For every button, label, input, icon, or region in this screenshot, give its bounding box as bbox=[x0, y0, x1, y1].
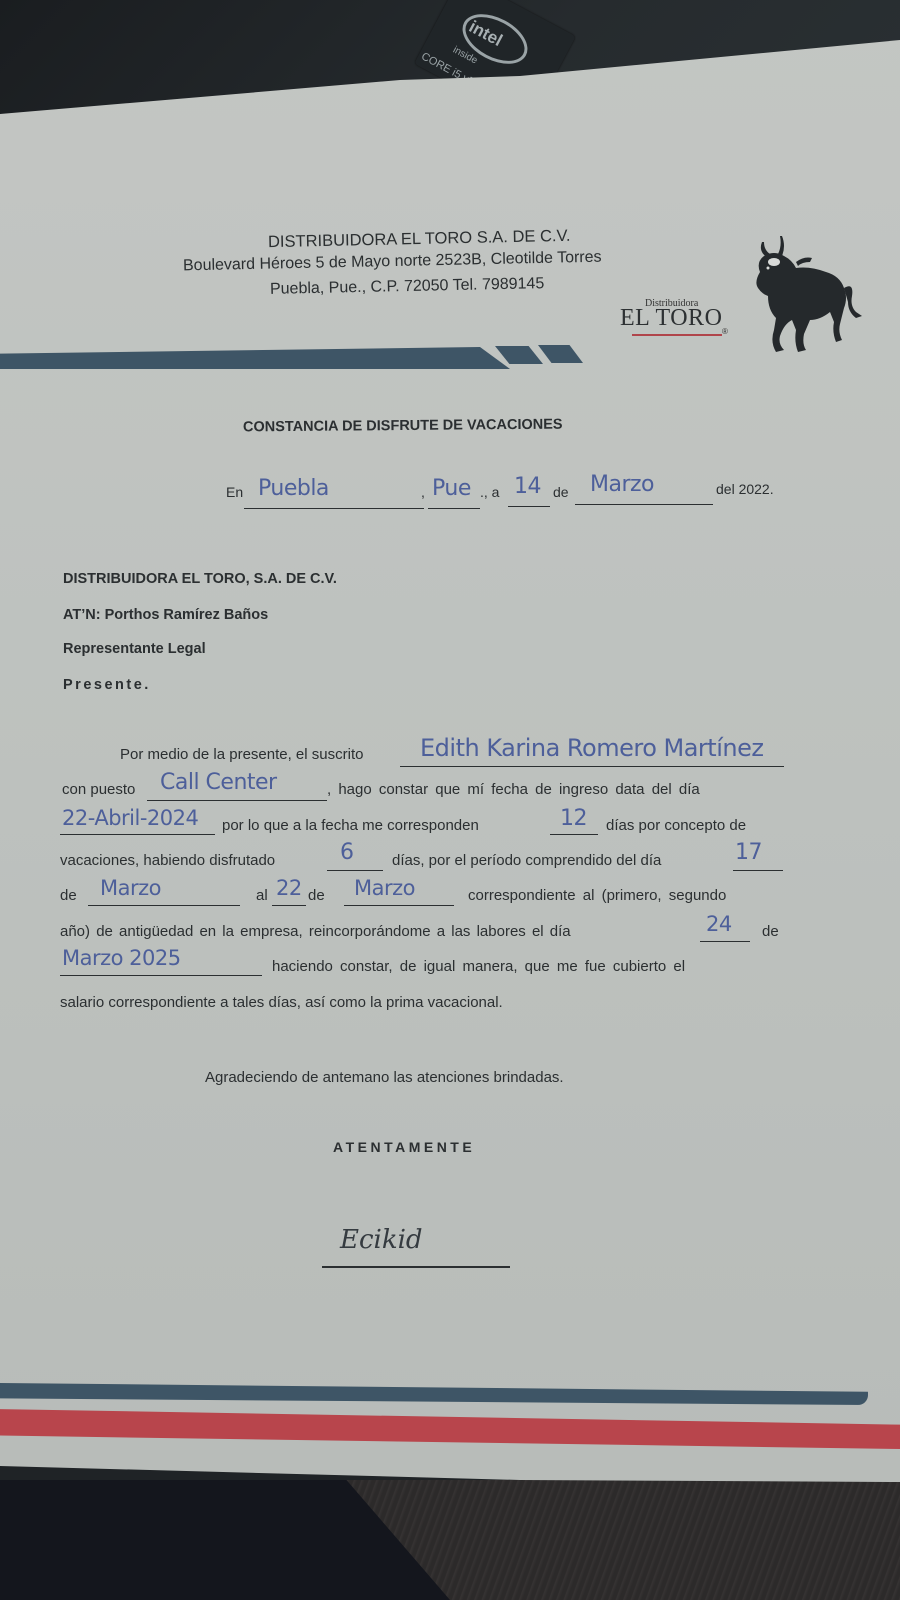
to-month-field: Marzo bbox=[354, 876, 415, 900]
closing-text: Agradeciendo de antemano las atenciones … bbox=[205, 1069, 564, 1086]
signature: Ecikid bbox=[340, 1225, 423, 1255]
body-line-5-al: al bbox=[256, 887, 268, 904]
state-field: Pue bbox=[432, 476, 471, 501]
body-line-4b: días, por el período comprendido del día bbox=[392, 852, 661, 869]
days-taken-blank bbox=[327, 870, 383, 871]
body-line-3b: días por concepto de bbox=[606, 817, 746, 834]
document-title: CONSTANCIA DE DISFRUTE DE VACACIONES bbox=[243, 417, 563, 436]
body-line-8: salario correspondiente a tales días, as… bbox=[60, 994, 503, 1011]
to-day-field: 22 bbox=[276, 876, 302, 900]
body-line-4a: vacaciones, habiendo disfrutado bbox=[60, 852, 275, 869]
month-field: Marzo bbox=[590, 472, 654, 497]
return-day-blank bbox=[700, 941, 750, 942]
body-line-2b: , hago constar que mí fecha de ingreso d… bbox=[327, 781, 700, 798]
start-date-blank bbox=[60, 834, 215, 835]
date-de: de bbox=[553, 484, 569, 500]
year-suffix: del 2022. bbox=[716, 481, 774, 497]
start-date-field: 22-Abril-2024 bbox=[62, 806, 198, 830]
body-line-6a: año) de antigüedad en la empresa, reinco… bbox=[60, 923, 571, 940]
body-line-5-de: de bbox=[60, 887, 77, 904]
day-field: 14 bbox=[514, 474, 541, 499]
from-month-field: Marzo bbox=[100, 876, 161, 900]
date-sep: ., a bbox=[480, 484, 499, 500]
addressee-greeting: Presente. bbox=[63, 677, 151, 693]
place-sep: , bbox=[421, 484, 425, 500]
body-line-5: correspondiente al (primero, segundo bbox=[468, 887, 726, 904]
addressee-company: DISTRIBUIDORA EL TORO, S.A. DE C.V. bbox=[63, 571, 337, 587]
logo-registered-mark: ® bbox=[722, 327, 728, 336]
city-field: Puebla bbox=[258, 476, 329, 501]
day-blank bbox=[508, 506, 550, 507]
city-blank bbox=[244, 508, 424, 509]
to-month-blank bbox=[344, 905, 454, 906]
signature-line bbox=[322, 1266, 510, 1268]
body-line-7: haciendo constar, de igual manera, que m… bbox=[272, 958, 685, 975]
return-month-blank bbox=[60, 975, 262, 976]
from-day-field: 17 bbox=[735, 840, 762, 865]
name-blank bbox=[400, 766, 784, 767]
from-day-blank bbox=[733, 870, 783, 871]
body-line-5-de2: de bbox=[308, 887, 325, 904]
employee-name-field: Edith Karina Romero Martínez bbox=[420, 734, 763, 762]
addressee-role: Representante Legal bbox=[63, 641, 206, 657]
position-field: Call Center bbox=[160, 770, 277, 795]
logo-tagline bbox=[632, 334, 722, 336]
position-blank bbox=[147, 800, 327, 801]
state-blank bbox=[428, 508, 480, 509]
month-blank bbox=[575, 504, 713, 505]
logo-name: EL TORO bbox=[620, 305, 722, 332]
body-line-2a: con puesto bbox=[62, 781, 135, 798]
days-entitled-blank bbox=[550, 834, 598, 835]
bull-icon bbox=[740, 232, 862, 357]
body-line-3a: por lo que a la fecha me corresponden bbox=[222, 817, 479, 834]
return-day-field: 24 bbox=[706, 912, 732, 936]
to-day-blank bbox=[272, 905, 306, 906]
from-month-blank bbox=[88, 905, 240, 906]
days-entitled-field: 12 bbox=[560, 806, 587, 831]
addressee-attn: AT’N: Porthos Ramírez Baños bbox=[63, 607, 268, 623]
place-prefix: En bbox=[226, 484, 243, 500]
body-line-1: Por medio de la presente, el suscrito bbox=[120, 746, 363, 763]
days-taken-field: 6 bbox=[340, 840, 354, 865]
sign-off: ATENTAMENTE bbox=[333, 1139, 475, 1155]
body-line-6-de: de bbox=[762, 923, 779, 940]
return-month-year-field: Marzo 2025 bbox=[62, 946, 181, 970]
